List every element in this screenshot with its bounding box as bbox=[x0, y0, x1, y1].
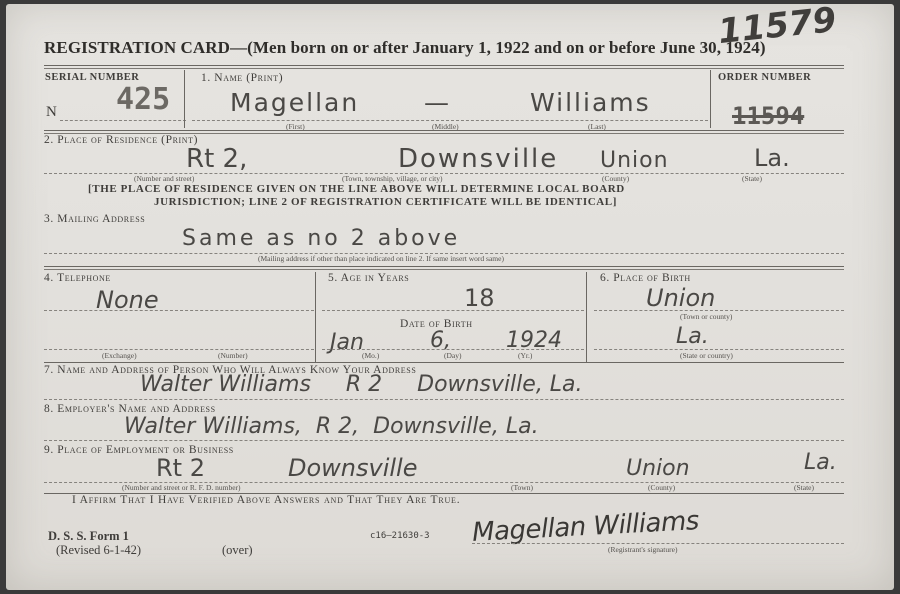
form-id: D. S. S. Form 1 bbox=[48, 529, 129, 544]
name-line bbox=[192, 120, 708, 121]
contact-line bbox=[44, 399, 844, 400]
divider bbox=[315, 272, 316, 362]
employment-town-caption: (Town) bbox=[511, 483, 533, 492]
card-title: REGISTRATION CARD—(Men born on or after … bbox=[44, 38, 766, 58]
first-name-value: Magellan bbox=[230, 88, 359, 117]
birth-state-value: La. bbox=[676, 324, 709, 349]
contact-person-value: Walter Williams R 2 Downsville, La. bbox=[140, 372, 583, 397]
order-number-label: ORDER NUMBER bbox=[718, 72, 811, 83]
divider bbox=[586, 272, 587, 362]
place-of-employment-label: 9. Place of Employment or Business bbox=[44, 444, 234, 456]
registration-card: 11579 REGISTRATION CARD—(Men born on or … bbox=[6, 4, 894, 590]
signature-caption: (Registrant's signature) bbox=[608, 545, 677, 554]
signature-line bbox=[472, 543, 844, 544]
employment-town-value: Downsville bbox=[288, 454, 417, 482]
state-or-country-caption: (State or country) bbox=[680, 351, 733, 360]
residence-county-value: Union bbox=[600, 148, 669, 173]
divider bbox=[44, 130, 844, 131]
town-caption: (Town, township, village, or city) bbox=[342, 174, 443, 183]
over-note: (over) bbox=[222, 543, 253, 558]
telephone-line-1 bbox=[44, 310, 314, 311]
divider bbox=[710, 70, 711, 128]
serial-prefix: N bbox=[46, 104, 57, 121]
serial-line bbox=[60, 120, 186, 121]
town-or-county-caption: (Town or county) bbox=[680, 312, 732, 321]
name-label: 1. Name (Print) bbox=[201, 72, 283, 84]
telephone-label: 4. Telephone bbox=[44, 272, 111, 284]
month-caption: (Mo.) bbox=[362, 351, 379, 360]
residence-street-value: Rt 2, bbox=[186, 144, 247, 174]
employer-line bbox=[44, 440, 844, 441]
day-caption: (Day) bbox=[444, 351, 462, 360]
employment-street-caption: (Number and street or R. F. D. number) bbox=[122, 483, 241, 492]
mailing-address-label: 3. Mailing Address bbox=[44, 213, 145, 225]
divider bbox=[184, 70, 185, 128]
revised-date: (Revised 6-1-42) bbox=[56, 543, 141, 558]
employment-county-value: Union bbox=[626, 456, 690, 481]
age-line bbox=[322, 310, 584, 311]
place-of-birth-label: 6. Place of Birth bbox=[600, 272, 691, 284]
telephone-line-2 bbox=[44, 349, 314, 350]
employment-state-caption: (State) bbox=[794, 483, 814, 492]
age-value: 18 bbox=[464, 284, 495, 312]
residence-town-value: Downsville bbox=[398, 144, 558, 174]
residence-notice-line1: [THE PLACE OF RESIDENCE GIVEN ON THE LIN… bbox=[88, 183, 625, 195]
county-caption: (County) bbox=[602, 174, 629, 183]
affirmation-text: I Affirm That I Have Verified Above Answ… bbox=[72, 494, 460, 506]
employment-street-value: Rt 2 bbox=[156, 454, 205, 482]
employment-state-value: La. bbox=[804, 450, 837, 475]
divider bbox=[44, 65, 844, 66]
residence-label: 2. Place of Residence (Print) bbox=[44, 134, 198, 146]
exchange-caption: (Exchange) bbox=[102, 351, 137, 360]
divider bbox=[44, 266, 844, 267]
mailing-address-value: Same as no 2 above bbox=[182, 226, 460, 251]
number-caption: (Number) bbox=[218, 351, 248, 360]
registrant-signature: Magellan Williams bbox=[471, 506, 699, 548]
middle-name-value: — bbox=[424, 88, 449, 117]
state-caption: (State) bbox=[742, 174, 762, 183]
employment-county-caption: (County) bbox=[648, 483, 675, 492]
divider bbox=[44, 68, 844, 69]
serial-number-value: 425 bbox=[116, 82, 170, 117]
street-caption: (Number and street) bbox=[134, 174, 194, 183]
mailing-caption: (Mailing address if other than place ind… bbox=[258, 254, 504, 263]
dob-line bbox=[322, 349, 584, 350]
age-label: 5. Age in Years bbox=[328, 272, 409, 284]
birth-state-line bbox=[594, 349, 844, 350]
print-code: c16—21630-3 bbox=[370, 531, 430, 541]
birth-town-value: Union bbox=[646, 284, 715, 312]
birth-month-value: Jan bbox=[330, 330, 364, 355]
residence-notice-line2: JURISDICTION; LINE 2 OF REGISTRATION CER… bbox=[154, 196, 617, 208]
employer-value: Walter Williams, R 2, Downsville, La. bbox=[124, 414, 539, 439]
last-name-value: Williams bbox=[530, 88, 651, 117]
birth-town-line bbox=[594, 310, 844, 311]
residence-state-value: La. bbox=[754, 144, 790, 172]
order-number-value-struck: 11594 bbox=[732, 102, 804, 130]
divider bbox=[44, 269, 844, 270]
year-caption: (Yr.) bbox=[518, 351, 532, 360]
divider bbox=[44, 362, 844, 363]
